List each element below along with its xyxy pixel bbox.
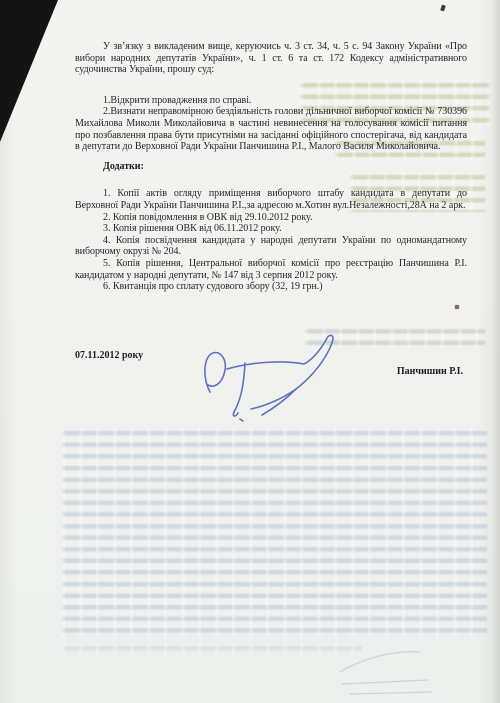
bleedthrough-text [62, 428, 487, 638]
ink-speck [440, 4, 446, 11]
bleedthrough-text [62, 643, 362, 655]
signer-name: Панчишин Р.І. [397, 366, 463, 377]
document-body: У зв’язку з викладеним вище, керуючись ч… [75, 41, 467, 293]
attachment-item-1: 1. Копії актів огляду приміщення виборчо… [75, 188, 467, 211]
attachment-item-3: 3. Копія рішення ОВК від 06.11.2012 року… [75, 223, 467, 235]
request-item-2: 2.Визнати неправомірною бездіяльність го… [75, 106, 467, 152]
attachment-item-2: 2. Копія повідомлення в ОВК від 29.10.20… [75, 212, 467, 224]
scanned-document-page: У зв’язку з викладеним вище, керуючись ч… [0, 0, 500, 703]
bleedthrough-stamp-marks [320, 640, 460, 700]
attachment-item-5: 5. Копія рішення, Центральної виборчої к… [75, 258, 467, 281]
attachment-item-4: 4. Копія посвідчення кандидата у народні… [75, 235, 467, 258]
attachment-item-6: 6. Квитанція про сплату судового збору (… [75, 281, 467, 293]
intro-paragraph: У зв’язку з викладеним вище, керуючись ч… [75, 41, 467, 76]
attachments-heading: Додатки: [75, 161, 467, 173]
request-item-1: 1.Відкрити провадження по справі. [75, 95, 467, 107]
signature [196, 331, 354, 423]
scan-corner-artifact [0, 0, 60, 142]
ink-speck [455, 305, 459, 309]
document-date: 07.11.2012 року [75, 350, 143, 361]
